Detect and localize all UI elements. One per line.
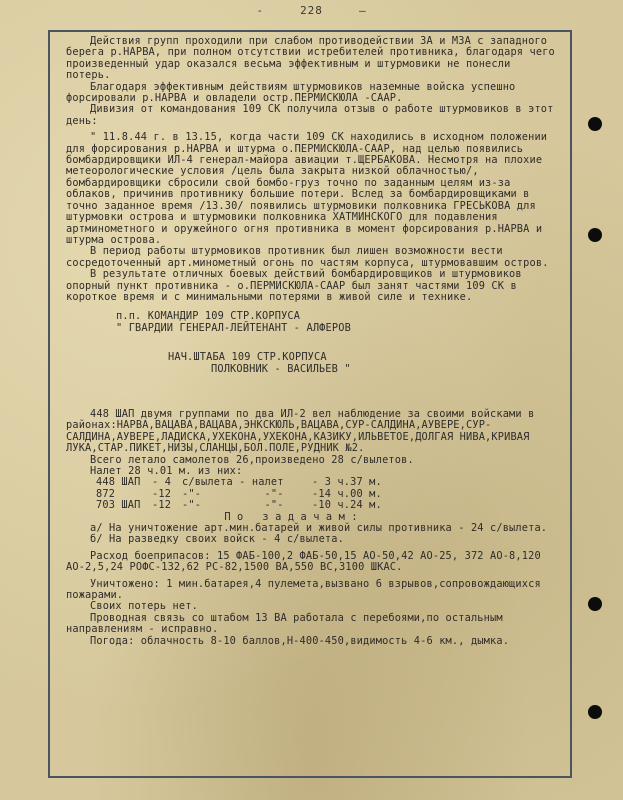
signature-commander-name: " ГВАРДИИ ГЕНЕРАЛ-ЛЕЙТЕНАНТ - АЛФЕРОВ (66, 323, 556, 334)
signature-chief-title: НАЧ.ШТАБА 109 СТР.КОРПУСА (66, 352, 556, 363)
task-item: б/ На разведку своих войск - 4 с/вылета. (66, 534, 556, 545)
unit-sorties: -12 (152, 500, 182, 511)
units-table: 448 ШАП - 4 с/вылета - налет - 3 ч.37 м.… (66, 477, 556, 511)
communications: Проводная связь со штабом 13 ВА работала… (66, 613, 556, 636)
punch-hole (588, 597, 602, 611)
paragraph: В результате отличных боевых действий бо… (66, 269, 556, 303)
paragraph: Действия групп проходили при слабом прот… (66, 36, 556, 82)
unit-name: 703 ШАП (96, 500, 152, 511)
punch-hole (588, 228, 602, 242)
page-number: -228— (0, 4, 623, 17)
punch-hole (588, 117, 602, 131)
unit-time: -10 ч.24 м. (312, 500, 382, 511)
page-number-value: 228 (300, 4, 323, 17)
weather: Погода: облачность 8-10 баллов,Н-400-450… (66, 636, 556, 647)
paragraph: Дивизия от командования 109 СК получила … (66, 104, 556, 127)
signature-chief-name: ПОЛКОВНИК - ВАСИЛЬЕВ " (66, 364, 556, 375)
paragraph: Благодаря эффективным действиям штурмови… (66, 82, 556, 105)
quoted-paragraph: " 11.8.44 г. в 13.15, когда части 109 СК… (66, 132, 556, 246)
unit-label: -"- -"- (182, 500, 312, 511)
document-body: Действия групп проходили при слабом прот… (66, 36, 556, 647)
ammo-expenditure: Расход боеприпасов: 15 ФАБ-100,2 ФАБ-50,… (66, 551, 556, 574)
destroyed: Уничтожено: 1 мин.батарея,4 пулемета,выз… (66, 579, 556, 602)
punch-hole (588, 705, 602, 719)
page-dash-left: - (256, 4, 264, 17)
paragraph: В период работы штурмовиков противник бы… (66, 246, 556, 269)
report-intro: 448 ШАП двумя группами по два ИЛ-2 вел н… (66, 409, 556, 455)
units-row: 703 ШАП -12 -"- -"- -10 ч.24 м. (96, 500, 556, 511)
page-dash-right: — (359, 4, 367, 17)
